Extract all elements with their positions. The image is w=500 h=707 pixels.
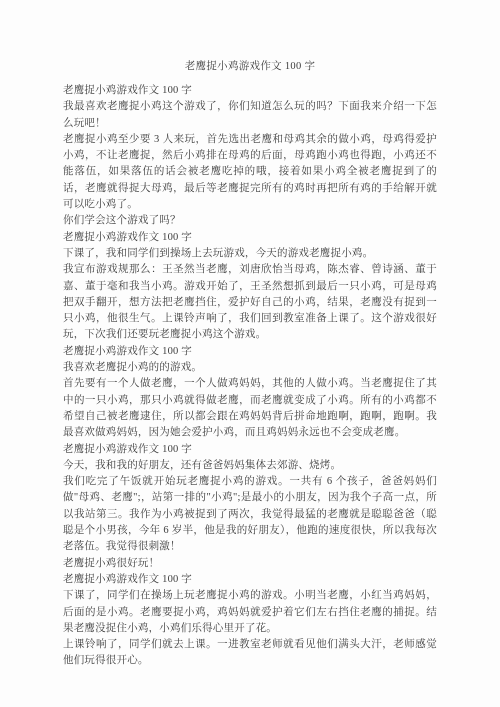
paragraph: 老鹰捉小鸡至少要 3 人来玩，首先选出老鹰和母鸡其余的做小鸡，母鸡得爱护小鸡，不… bbox=[63, 132, 437, 213]
paragraph: 老鹰捉小鸡游戏作文 100 字 bbox=[63, 442, 437, 458]
paragraph: 下课了，我和同学们到操场上去玩游戏，今天的游戏老鹰捉小鸡。 bbox=[63, 246, 437, 262]
paragraph: 我喜欢老鹰捉小鸡的的游戏。 bbox=[63, 360, 437, 376]
paragraph: 我宣布游戏规那么：王圣然当老鹰，刘唐欣怡当母鸡，陈杰睿、曾诗涵、董于嘉、董于毫和… bbox=[63, 262, 437, 343]
paragraph: 你们学会这个游戏了吗？ bbox=[63, 213, 437, 229]
paragraph: 上课铃响了，同学们就去上课。一进教室老师就看见他们满头大汗，老师感觉他们玩得很开… bbox=[63, 637, 437, 670]
page-title: 老鹰捉小鸡游戏作文 100 字 bbox=[63, 59, 437, 75]
document-page: 老鹰捉小鸡游戏作文 100 字老鹰捉小鸡游戏作文 100 字我最喜欢老鹰捉小鸡这… bbox=[0, 0, 500, 707]
paragraph: 老鹰捉小鸡很好玩！ bbox=[63, 556, 437, 572]
paragraph: 老鹰捉小鸡游戏作文 100 字 bbox=[63, 572, 437, 588]
paragraph: 我们吃完了午饭就开始玩老鹰捉小鸡的游戏。一共有 6 个孩子，爸爸妈妈们做"母鸡、… bbox=[63, 474, 437, 555]
paragraph: 首先要有一个人做老鹰，一个人做鸡妈妈，其他的人做小鸡。当老鹰捉住了其中的一只小鸡… bbox=[63, 376, 437, 441]
paragraph: 下课了，同学们在操场上玩老鹰捉小鸡的游戏。小明当老鹰，小红当鸡妈妈，后面的是小鸡… bbox=[63, 588, 437, 637]
paragraph: 老鹰捉小鸡游戏作文 100 字 bbox=[63, 344, 437, 360]
paragraph: 老鹰捉小鸡游戏作文 100 字 bbox=[63, 83, 437, 99]
paragraph: 我最喜欢老鹰捉小鸡这个游戏了，你们知道怎么玩的吗？下面我来介绍一下怎么玩吧！ bbox=[63, 99, 437, 132]
paragraph: 今天，我和我的好朋友，还有爸爸妈妈集体去郊游、烧烤。 bbox=[63, 458, 437, 474]
document-body: 老鹰捉小鸡游戏作文 100 字老鹰捉小鸡游戏作文 100 字我最喜欢老鹰捉小鸡这… bbox=[63, 59, 437, 670]
paragraph: 老鹰捉小鸡游戏作文 100 字 bbox=[63, 230, 437, 246]
